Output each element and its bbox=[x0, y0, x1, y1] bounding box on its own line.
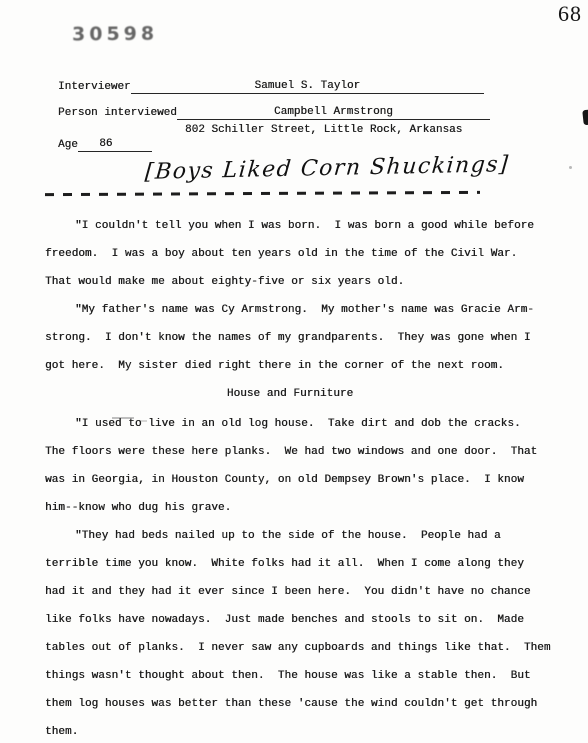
document-stamp: 30598 bbox=[72, 23, 158, 46]
interviewer-label: Interviewer bbox=[58, 81, 131, 94]
document-page: 68 30598 Interviewer Samuel S. Taylor Pe… bbox=[0, 0, 588, 743]
age-value: 86 bbox=[78, 138, 134, 152]
handwritten-title: [Boys Liked Corn Shuckings] bbox=[144, 152, 510, 185]
dashed-underline bbox=[45, 191, 480, 196]
narrative-line: "They had beds nailed up to the side of … bbox=[45, 524, 565, 552]
person-address: 802 Schiller Street, Little Rock, Arkans… bbox=[185, 124, 462, 136]
narrative-line: them log houses was better than these 'c… bbox=[45, 692, 565, 720]
narrative-line: things wasn't thought about then. The ho… bbox=[45, 664, 565, 692]
narrative-line: "I used to live in an old log house. Tak… bbox=[45, 412, 565, 440]
ink-mark bbox=[582, 110, 588, 126]
narrative-line: them. bbox=[45, 720, 565, 743]
narrative-line: That would make me about eighty-five or … bbox=[45, 270, 565, 298]
ink-dot-mark bbox=[569, 166, 572, 169]
age-row: Age 86 bbox=[58, 138, 152, 152]
page-number: 68 bbox=[558, 1, 582, 27]
narrative-line: The floors were these here planks. We ha… bbox=[45, 440, 565, 468]
person-interviewed-value: Campbell Armstrong bbox=[177, 106, 490, 120]
section-heading: House and Furniture bbox=[45, 382, 565, 412]
narrative-line: freedom. I was a boy about ten years old… bbox=[45, 242, 565, 270]
narrative-line: like folks have nowadays. Just made benc… bbox=[45, 608, 565, 636]
narrative-line: tables out of planks. I never saw any cu… bbox=[45, 636, 565, 664]
narrative-line: him--know who dug his grave. bbox=[45, 496, 565, 524]
narrative-line: "I couldn't tell you when I was born. I … bbox=[45, 214, 565, 242]
person-interviewed-row: Person interviewed Campbell Armstrong bbox=[58, 106, 490, 120]
age-underline-tail bbox=[134, 151, 152, 152]
handwritten-title-block: [Boys Liked Corn Shuckings] bbox=[45, 154, 490, 200]
age-label: Age bbox=[58, 139, 78, 152]
interviewer-row: Interviewer Samuel S. Taylor bbox=[58, 80, 484, 94]
narrative-body: "I couldn't tell you when I was born. I … bbox=[45, 214, 565, 743]
narrative-line: strong. I don't know the names of my gra… bbox=[45, 326, 565, 354]
person-address-row: 802 Schiller Street, Little Rock, Arkans… bbox=[185, 124, 462, 136]
narrative-line: got here. My sister died right there in … bbox=[45, 354, 565, 382]
narrative-line: had it and they had it ever since I been… bbox=[45, 580, 565, 608]
narrative-line: "My father's name was Cy Armstrong. My m… bbox=[45, 298, 565, 326]
narrative-line: was in Georgia, in Houston County, on ol… bbox=[45, 468, 565, 496]
narrative-line: terrible time you know. White folks had … bbox=[45, 552, 565, 580]
person-interviewed-label: Person interviewed bbox=[58, 107, 177, 120]
interviewer-value: Samuel S. Taylor bbox=[131, 80, 484, 94]
